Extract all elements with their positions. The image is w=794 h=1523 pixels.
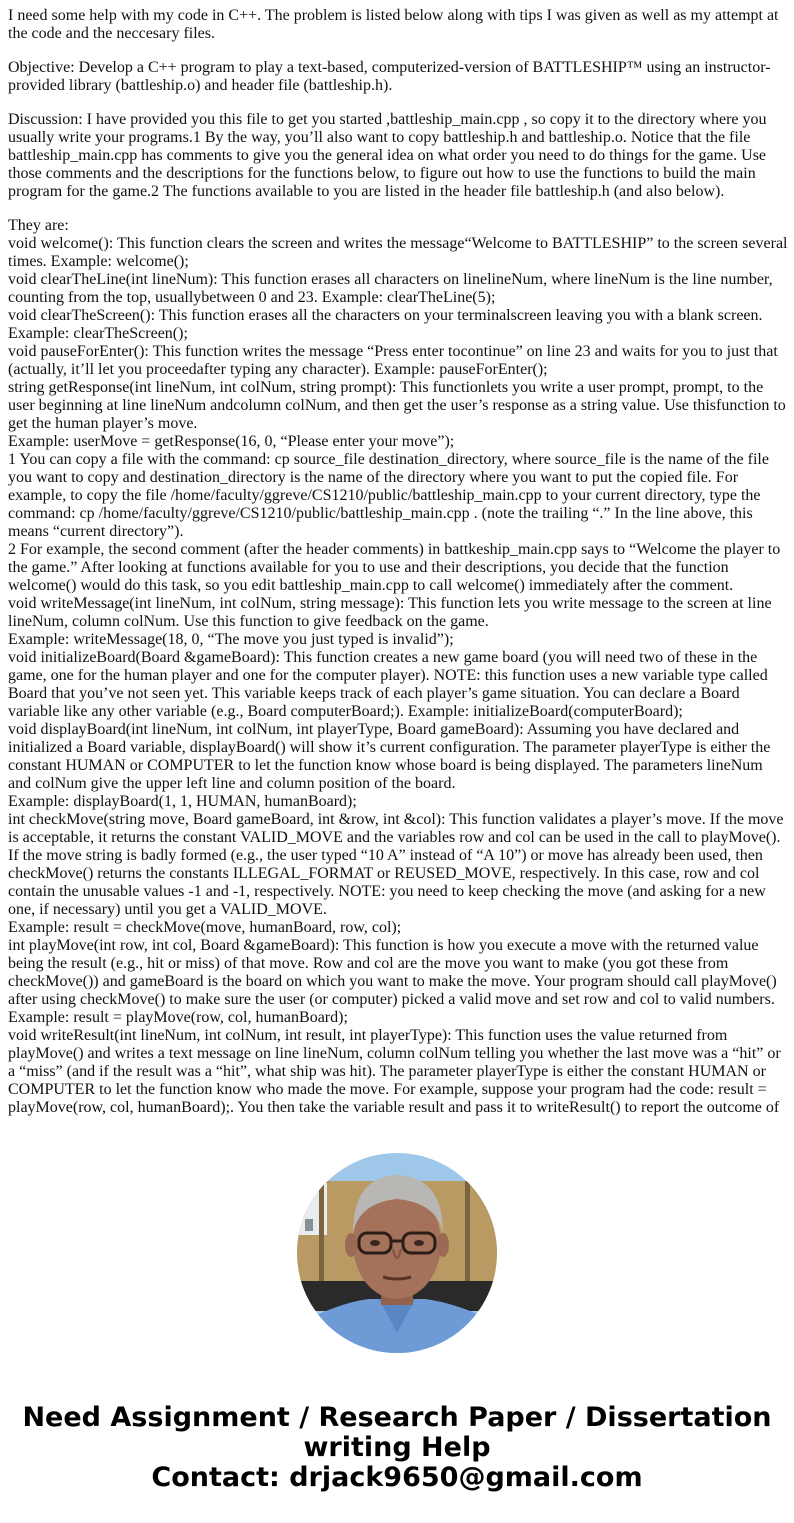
footnote-1: 1 You can copy a file with the command: …: [8, 451, 788, 541]
question-text: I need some help with my code in C++. Th…: [8, 7, 788, 1118]
function-check-move: int checkMove(string move, Board gameBoa…: [8, 811, 788, 919]
example-play-move: Example: result = playMove(row, col, hum…: [8, 1009, 788, 1027]
ad-contact: Contact: drjack9650@gmail.com: [0, 1463, 794, 1493]
function-list-heading: They are:: [8, 217, 788, 235]
avatar: [297, 1153, 497, 1353]
question-objective: Objective: Develop a C++ program to play…: [8, 59, 788, 95]
ad-subheadline: writing Help: [0, 1433, 794, 1463]
function-write-result: void writeResult(int lineNum, int colNum…: [8, 1027, 788, 1118]
function-get-response: string getResponse(int lineNum, int colN…: [8, 379, 788, 433]
function-list: They are: void welcome(): This function …: [8, 217, 788, 1118]
example-check-move: Example: result = checkMove(move, humanB…: [8, 919, 788, 937]
example-get-response: Example: userMove = getResponse(16, 0, “…: [8, 433, 788, 451]
question-intro: I need some help with my code in C++. Th…: [8, 7, 788, 43]
contact-ad: Need Assignment / Research Paper / Disse…: [0, 1403, 794, 1493]
function-display-board: void displayBoard(int lineNum, int colNu…: [8, 721, 788, 793]
example-write-message: Example: writeMessage(18, 0, “The move y…: [8, 631, 788, 649]
function-play-move: int playMove(int row, int col, Board &ga…: [8, 937, 788, 1009]
function-initialize-board: void initializeBoard(Board &gameBoard): …: [8, 649, 788, 721]
function-clear-the-screen: void clearTheScreen(): This function era…: [8, 307, 788, 343]
function-write-message: void writeMessage(int lineNum, int colNu…: [8, 595, 788, 631]
function-pause-for-enter: void pauseForEnter(): This function writ…: [8, 343, 788, 379]
person-photo-avatar-icon: [297, 1153, 497, 1353]
example-display-board: Example: displayBoard(1, 1, HUMAN, human…: [8, 793, 788, 811]
question-discussion: Discussion: I have provided you this fil…: [8, 111, 788, 201]
function-clear-the-line: void clearTheLine(int lineNum): This fun…: [8, 271, 788, 307]
footnote-2: 2 For example, the second comment (after…: [8, 541, 788, 595]
ad-headline: Need Assignment / Research Paper / Disse…: [0, 1403, 794, 1433]
function-welcome: void welcome(): This function clears the…: [8, 235, 788, 271]
